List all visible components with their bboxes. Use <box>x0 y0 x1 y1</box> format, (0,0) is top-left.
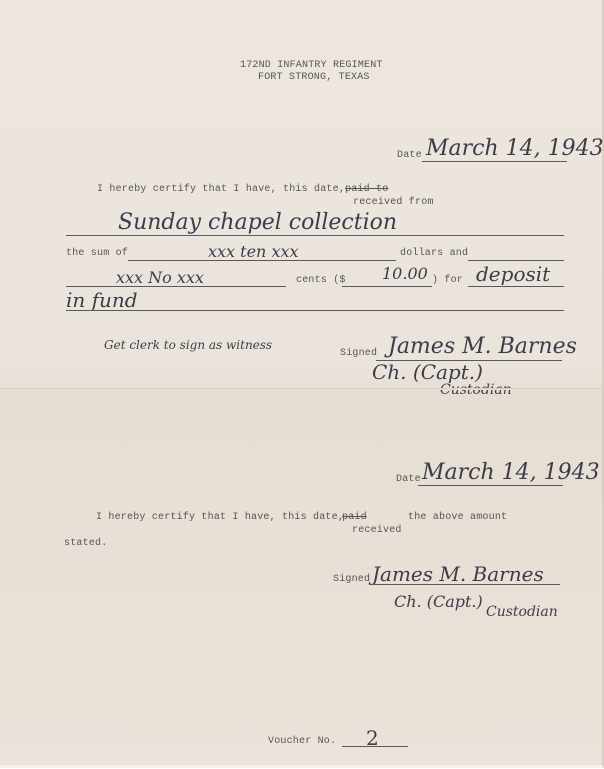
date-value-bottom: March 14, 1943 <box>422 460 600 485</box>
for-label: ) for <box>432 275 463 286</box>
margin-note: Get clerk to sign as witness <box>104 338 272 352</box>
received-from-label: received from <box>353 197 434 208</box>
signer-title-bottom: Ch. (Capt.) <box>394 592 483 611</box>
date-label-bottom: Date <box>396 474 421 485</box>
amount-value: 10.00 <box>382 264 428 283</box>
voucher-number-label: Voucher No. <box>268 736 336 747</box>
signer-role-top: Custodian <box>440 382 512 398</box>
purpose-value-2: in fund <box>66 288 138 312</box>
from-line <box>66 235 564 236</box>
signature-top: James M. Barnes <box>388 334 577 359</box>
fort-location: FORT STRONG, TEXAS <box>258 72 370 83</box>
signed-label-bottom: Signed <box>333 574 370 585</box>
date-label-top: Date <box>397 150 422 161</box>
dollars-extra-line <box>468 260 564 261</box>
purpose-value-1: deposit <box>476 262 550 286</box>
cents-value: xxx No xxx <box>116 268 204 287</box>
signed-label-top: Signed <box>340 348 377 359</box>
paper-fold <box>0 388 602 390</box>
stated-label: stated. <box>64 538 107 549</box>
cents-label: cents ($ <box>296 275 346 286</box>
struck-paid: paid <box>342 512 367 523</box>
date-line-top <box>422 161 567 162</box>
sum-line <box>128 260 396 261</box>
sum-value: xxx ten xxx <box>208 242 299 261</box>
sum-label: the sum of <box>66 248 128 259</box>
date-line-bottom <box>418 485 563 486</box>
signature-line-bottom <box>370 584 560 585</box>
amount-line <box>342 286 432 287</box>
received-label: received <box>352 525 402 536</box>
dollars-label: dollars and <box>400 248 468 259</box>
regiment-name: 172ND INFANTRY REGIMENT <box>240 60 383 71</box>
purpose-line-1 <box>468 286 564 287</box>
signer-title-top: Ch. (Capt.) <box>372 360 483 384</box>
cents-line <box>66 286 286 287</box>
document-page: 172ND INFANTRY REGIMENT FORT STRONG, TEX… <box>0 0 604 768</box>
signature-bottom: James M. Barnes <box>372 562 544 586</box>
amount-text: the above amount <box>408 512 507 523</box>
certify-text-bottom: I hereby certify that I have, this date, <box>96 512 344 523</box>
received-from-value: Sunday chapel collection <box>118 210 397 235</box>
certify-text-top: I hereby certify that I have, this date, <box>97 184 345 195</box>
struck-paid-to: paid to <box>345 184 388 195</box>
date-value-top: March 14, 1943 <box>426 136 604 161</box>
voucher-number-line <box>342 746 408 747</box>
purpose-line-2 <box>66 310 564 311</box>
signer-role-bottom: Custodian <box>486 604 558 620</box>
